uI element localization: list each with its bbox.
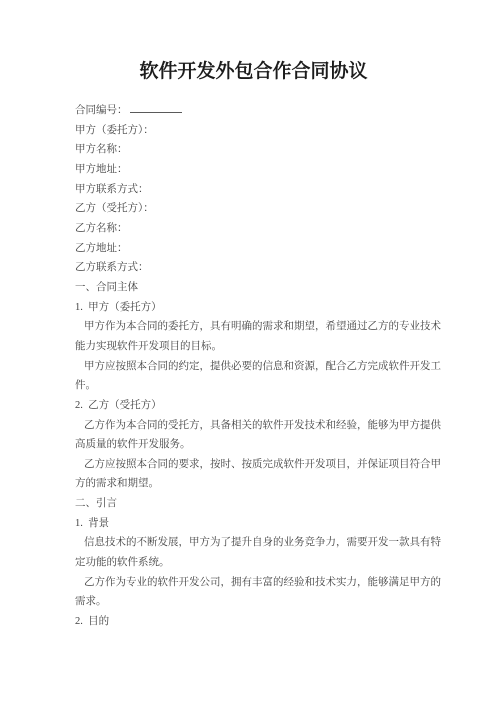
paragraph-first-line: 乙方作为本合同的受托方，具备相关的软件开发技术和经验，能够为甲方提供 bbox=[75, 416, 437, 436]
paragraph-continuation-line: 定功能的软件系统。 bbox=[75, 553, 437, 573]
paragraph-first-line: 乙方应按照本合同的要求，按时、按质完成软件开发项目，并保证项目符合甲 bbox=[75, 455, 437, 475]
header-field-line: 甲方联系方式： bbox=[75, 180, 437, 200]
paragraph-first-line: 甲方作为本合同的委托方，具有明确的需求和期望，希望通过乙方的专业技术 bbox=[75, 317, 437, 337]
header-field-line: 乙方名称： bbox=[75, 219, 437, 239]
document-title: 软件开发外包合作合同协议 bbox=[75, 59, 432, 85]
header-field-line: 乙方（受托方）： bbox=[75, 199, 437, 219]
paragraph-continuation-line: 能力实现软件开发项目的目标。 bbox=[75, 337, 437, 357]
numbered-heading: 1. 背景 bbox=[75, 514, 437, 534]
numbered-heading: 1. 甲方（委托方） bbox=[75, 298, 437, 318]
header-field-line: 甲方地址： bbox=[75, 160, 437, 180]
document-body: 合同编号：甲方（委托方）：甲方名称：甲方地址：甲方联系方式：乙方（受托方）：乙方… bbox=[75, 101, 437, 632]
paragraph-first-line: 乙方作为专业的软件开发公司，拥有丰富的经验和技术实力，能够满足甲方的 bbox=[75, 573, 437, 593]
numbered-heading: 2. 乙方（受托方） bbox=[75, 396, 437, 416]
paragraph-first-line: 甲方应按照本合同的约定，提供必要的信息和资源，配合乙方完成软件开发工 bbox=[75, 357, 437, 377]
header-field-line: 乙方联系方式： bbox=[75, 258, 437, 278]
header-field-line: 甲方名称： bbox=[75, 140, 437, 160]
paragraph-first-line: 信息技术的不断发展，甲方为了提升自身的业务竞争力，需要开发一款具有特 bbox=[75, 533, 437, 553]
header-field-line: 合同编号： bbox=[75, 101, 437, 121]
paragraph-continuation-line: 件。 bbox=[75, 376, 437, 396]
paragraph-continuation-line: 需求。 bbox=[75, 592, 437, 612]
contract-number-blank-line bbox=[130, 101, 182, 113]
section-heading: 一、合同主体 bbox=[75, 278, 437, 298]
paragraph-continuation-line: 高质量的软件开发服务。 bbox=[75, 435, 437, 455]
paragraph-continuation-line: 方的需求和期望。 bbox=[75, 474, 437, 494]
header-field-line: 乙方地址： bbox=[75, 239, 437, 259]
numbered-heading: 2. 目的 bbox=[75, 612, 437, 632]
section-heading: 二、引言 bbox=[75, 494, 437, 514]
header-field-line: 甲方（委托方）： bbox=[75, 121, 437, 141]
contract-document-page: 软件开发外包合作合同协议 合同编号：甲方（委托方）：甲方名称：甲方地址：甲方联系… bbox=[0, 0, 500, 707]
